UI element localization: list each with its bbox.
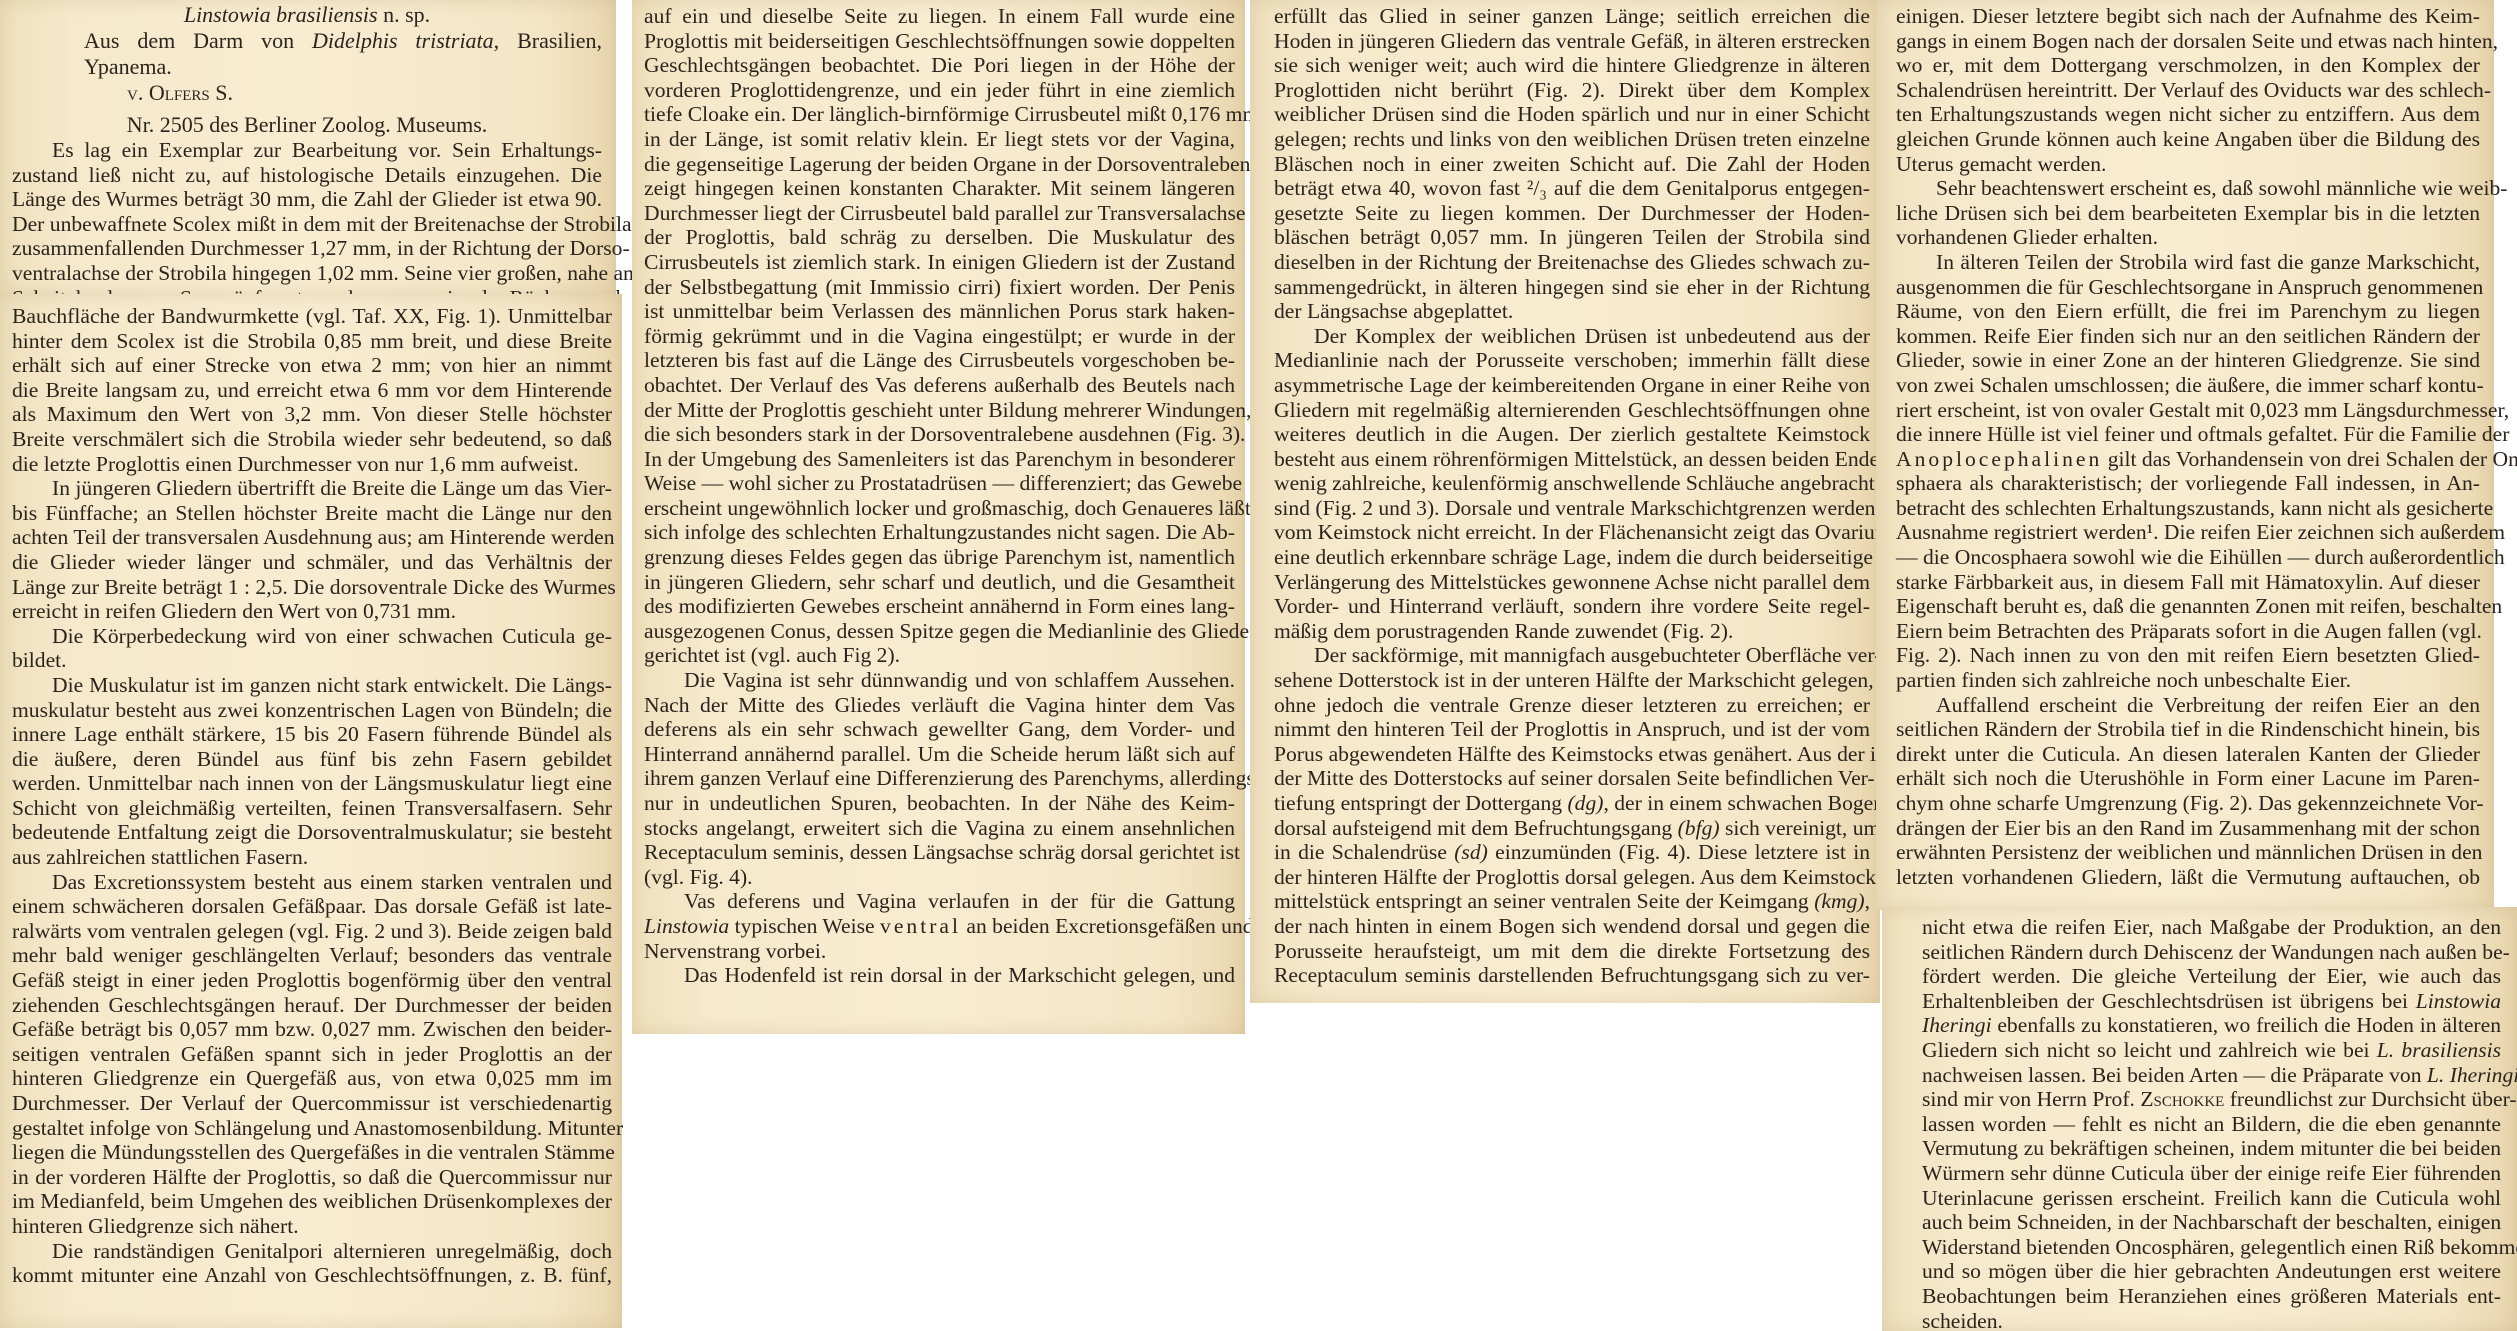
text-line: partien finden sich zahlreiche noch unbe… xyxy=(1896,668,2480,693)
text-line: Fig. 2). Nach innen zu von den mit reife… xyxy=(1896,643,2480,668)
text-line: In der Umgebung des Samenleiters ist das… xyxy=(644,447,1235,472)
page-fragment-col1-bottom: Bauchfläche der Bandwurmkette (vgl. Taf.… xyxy=(0,294,622,1328)
text-line: sammengedrückt, in älteren hingegen sind… xyxy=(1274,275,1870,300)
text-line: Der sackförmige, mit mannigfach ausgebuc… xyxy=(1274,643,1870,668)
text-line: förmig gekrümmt und in die Vagina einges… xyxy=(644,324,1235,349)
text-line: obachtet. Der Verlauf des Vas deferens a… xyxy=(644,373,1235,398)
text-line: Sehr beachtenswert erscheint es, daß sow… xyxy=(1896,176,2480,201)
text-line: sich infolge des schlechten Erhaltungzus… xyxy=(644,520,1235,545)
text-line: gelegen; rechts und links von den weibli… xyxy=(1274,127,1870,152)
text-line: Das Excretionssystem besteht aus einem s… xyxy=(12,870,612,895)
text-line: Die Vagina ist sehr dünnwandig und von s… xyxy=(644,668,1235,693)
text-line: besteht aus einem röhrenförmigen Mittels… xyxy=(1274,447,1870,472)
text-line: aus zahlreichen stattlichen Fasern. xyxy=(12,845,612,870)
text-line: innere Lage enthält stärkere, 15 bis 20 … xyxy=(12,722,612,747)
text-line: scheiden. xyxy=(1922,1309,2501,1331)
text-line: Anoplocephalinen gilt das Vorhandensein … xyxy=(1896,447,2480,472)
text-line: ihrem ganzen Verlauf eine Differenzierun… xyxy=(644,766,1235,791)
text-line: Die Körperbedeckung wird von einer schwa… xyxy=(12,624,612,649)
text-line: Eigenschaft beruht es, daß die genannten… xyxy=(1896,594,2480,619)
text-line: die Breite langsam zu, und erreicht etwa… xyxy=(12,378,612,403)
text-line: zusammenfallenden Durchmesser 1,27 mm, i… xyxy=(12,236,602,261)
species-suffix: n. sp. xyxy=(383,2,430,27)
text-line: dorsal aufsteigend mit dem Befruchtungsg… xyxy=(1274,816,1870,841)
text-line: erhält sich noch die Uterushöhle in Form… xyxy=(1896,766,2480,791)
text-line: mittelstück entspringt an seiner ventral… xyxy=(1274,889,1870,914)
text-line: Widerstand bietenden Oncosphären, gelege… xyxy=(1922,1235,2501,1260)
text-line: Der Komplex der weiblichen Drüsen ist un… xyxy=(1274,324,1870,349)
page-fragment-col4-top: einigen. Dieser letztere begibt sich nac… xyxy=(1876,0,2494,910)
text-line: und so mögen über die hier gebrachten An… xyxy=(1922,1259,2501,1284)
text-line: Receptaculum seminis, dessen Längsachse … xyxy=(644,840,1235,865)
text-line: Iheringi ebenfalls zu konstatieren, wo f… xyxy=(1922,1013,2501,1038)
text-line: Gefäße beträgt bis 0,057 mm bzw. 0,027 m… xyxy=(12,1017,612,1042)
text-line: mehr bald weniger geschlängelten Verlauf… xyxy=(12,943,612,968)
text-line: Auffallend erscheint die Verbreitung der… xyxy=(1896,693,2480,718)
text-line: nimmt den hinteren Teil der Proglottis i… xyxy=(1274,717,1870,742)
text-line: sehene Dotterstock ist in der unteren Hä… xyxy=(1274,668,1870,693)
text-line: ventralachse der Strobila hingegen 1,02 … xyxy=(12,261,602,286)
text-line: kommen. Reife Eier finden sich nur an de… xyxy=(1896,324,2480,349)
text-line: Bläschen noch in einer zweiten Schicht a… xyxy=(1274,152,1870,177)
text-line: betracht des schlechten Erhaltungszustan… xyxy=(1896,496,2480,521)
text-line: Gefäß steigt in einer jeden Proglottis b… xyxy=(12,968,612,993)
header-block: Linstowia brasiliensis n. sp. Aus dem Da… xyxy=(12,0,602,310)
text-line: erfüllt das Glied in seiner ganzen Länge… xyxy=(1274,4,1870,29)
text-line: stocks angelangt, erweitert sich die Vag… xyxy=(644,816,1235,841)
text-line: Breite verschmälert sich die Strobila wi… xyxy=(12,427,612,452)
text-line: auch beim Schneiden, in der Nachbarschaf… xyxy=(1922,1210,2501,1235)
text-line: der Mitte des Dotterstocks auf seiner do… xyxy=(1274,766,1870,791)
text-line: Cirrusbeutels ist ziemlich stark. In ein… xyxy=(644,250,1235,275)
text-line: Beobachtungen beim Heranziehen eines grö… xyxy=(1922,1284,2501,1309)
text-line: der Mitte der Proglottis geschieht unter… xyxy=(644,398,1235,423)
text-line: Eiern beim Betrachten des Präparats sofo… xyxy=(1896,619,2480,644)
text-line: bis Fünffache; an Stellen höchster Breit… xyxy=(12,501,612,526)
text-line: Hinterrand annähernd parallel. Um die Sc… xyxy=(644,742,1235,767)
text-line: der nach hinten in einem Bogen sich wend… xyxy=(1274,914,1870,939)
text-line: Vorder- und Hinterrand verläuft, sondern… xyxy=(1274,594,1870,619)
text-line: — die Oncosphaera sowohl wie die Eihülle… xyxy=(1896,545,2480,570)
text-line: Porusseite heraufsteigt, um mit dem die … xyxy=(1274,939,1870,964)
col4-top-text: einigen. Dieser letztere begibt sich nac… xyxy=(1896,4,2480,889)
text-line: wenig zahlreiche, keulenförmig anschwell… xyxy=(1274,471,1870,496)
text-line: Würmern sehr dünne Cuticula über der ein… xyxy=(1922,1161,2501,1186)
text-line: Die Muskulatur ist im ganzen nicht stark… xyxy=(12,673,612,698)
text-line: Nach der Mitte des Gliedes verläuft die … xyxy=(644,693,1235,718)
text-line: sind (Fig. 2 und 3). Dorsale und ventral… xyxy=(1274,496,1870,521)
text-line: Porus abgewendeten Hälfte des Keimstocks… xyxy=(1274,742,1870,767)
text-line: vom Keimstock nicht erreicht. In der Flä… xyxy=(1274,520,1870,545)
text-line: tiefung entspringt der Dottergang (dg), … xyxy=(1274,791,1870,816)
text-line: seitigen ventralen Gefäßen spannt sich i… xyxy=(12,1042,612,1067)
page-fragment-col3: erfüllt das Glied in seiner ganzen Länge… xyxy=(1250,0,1880,1003)
text-line: in der vorderen Hälfte der Proglottis, s… xyxy=(12,1165,612,1190)
text-line: Schicht von gleichmäßig verteilten, fein… xyxy=(12,796,612,821)
text-line: Die randständigen Genitalpori alterniere… xyxy=(12,1239,612,1264)
text-line: ausgenommen die für Geschlechtsorgane in… xyxy=(1896,275,2480,300)
text-line: dieselben in der Richtung der Breitenach… xyxy=(1274,250,1870,275)
text-line: drängen der Eier bis an den Rand im Zusa… xyxy=(1896,816,2480,841)
text-line: Räume, von den Eiern erfüllt, die frei i… xyxy=(1896,299,2480,324)
text-line: weiteres deutlich in die Augen. Der zier… xyxy=(1274,422,1870,447)
text-line: ralwärts vom ventralen gelegen (vgl. Fig… xyxy=(12,919,612,944)
text-line: kommt mitunter eine Anzahl von Geschlech… xyxy=(12,1263,612,1288)
text-line: einem schwächeren dorsalen Gefäßpaar. Da… xyxy=(12,894,612,919)
text-line: hinteren Gliedgrenze ein Quergefäß aus, … xyxy=(12,1066,612,1091)
text-line: gesetzte Seite zu liegen kommen. Der Dur… xyxy=(1274,201,1870,226)
page-fragment-col1-top: Linstowia brasiliensis n. sp. Aus dem Da… xyxy=(0,0,616,294)
collector-line: v. Olfers S. xyxy=(12,80,602,106)
text-line: starke Färbbarkeit aus, in diesem Fall m… xyxy=(1896,570,2480,595)
text-line: erscheint ungewöhnlich locker und großma… xyxy=(644,496,1235,521)
text-line: ist unmittelbar beim Verlassen des männl… xyxy=(644,299,1235,324)
text-line: Verlängerung des Mittelstückes gewonnene… xyxy=(1274,570,1870,595)
text-line: der Selbstbegattung (mit Immissio cirri)… xyxy=(644,275,1235,300)
text-line: letzten vorhandenen Gliedern, läßt die V… xyxy=(1896,865,2480,890)
text-line: von zwei Schalen umschlossen; die äußere… xyxy=(1896,373,2480,398)
text-line: Proglottis mit beiderseitigen Geschlecht… xyxy=(644,29,1235,54)
page-fragment-col4-bottom: nicht etwa die reifen Eier, nach Maßgabe… xyxy=(1882,907,2517,1331)
text-line: eine deutlich erkennbare schräge Lage, i… xyxy=(1274,545,1870,570)
text-line: die Glieder wieder länger und schmäler, … xyxy=(12,550,612,575)
text-line: sphaera als charakteristisch; der vorlie… xyxy=(1896,471,2480,496)
col2-text: auf ein und dieselbe Seite zu liegen. In… xyxy=(644,4,1235,988)
species-name: Linstowia brasiliensis xyxy=(184,2,378,27)
text-line: bläschen beträgt 0,057 mm. In jüngeren T… xyxy=(1274,225,1870,250)
page-fragment-col2: auf ein und dieselbe Seite zu liegen. In… xyxy=(632,0,1245,1034)
text-line: Linstowia typischen Weise ventral an bei… xyxy=(644,914,1235,939)
text-line: mäßig dem porustragenden Rande zuwendet … xyxy=(1274,619,1870,644)
text-line: Hoden in jüngeren Gliedern das ventrale … xyxy=(1274,29,1870,54)
text-line: Vas deferens und Vagina verlaufen in der… xyxy=(644,889,1235,914)
text-line: Weise — wohl sicher zu Prostatadrüsen — … xyxy=(644,471,1235,496)
text-line: im Medianfeld, beim Umgehen des weiblich… xyxy=(12,1189,612,1214)
text-line: ausgezogenen Conus, dessen Spitze gegen … xyxy=(644,619,1235,644)
text-line: erwähnten Persistenz der weiblichen und … xyxy=(1896,840,2480,865)
text-line: muskulatur besteht aus zwei konzentrisch… xyxy=(12,698,612,723)
text-line: einigen. Dieser letztere begibt sich nac… xyxy=(1896,4,2480,29)
text-line: Glieder, sowie in einer Zone an der hint… xyxy=(1896,348,2480,373)
text-line: In jüngeren Gliedern übertrifft die Brei… xyxy=(12,476,612,501)
text-line: seitlichen Rändern der Strobila tief in … xyxy=(1896,717,2480,742)
text-line: ten Erhaltungszustands wegen nicht siche… xyxy=(1896,102,2480,127)
text-line: in jüngeren Gliedern, sehr scharf und de… xyxy=(644,570,1235,595)
text-line: erreicht in reifen Gliedern den Wert von… xyxy=(12,599,612,624)
text-line: sie sich weniger weit; auch wird die hin… xyxy=(1274,53,1870,78)
text-line: tiefe Cloake ein. Der länglich-birnförmi… xyxy=(644,102,1235,127)
text-line: in die Schalendrüse (sd) einzumünden (Fi… xyxy=(1274,840,1870,865)
text-line: auf ein und dieselbe Seite zu liegen. In… xyxy=(644,4,1235,29)
text-line: zustand ließ nicht zu, auf histologische… xyxy=(12,163,602,188)
text-line: Schalendrüsen hereintritt. Der Verlauf d… xyxy=(1896,78,2480,103)
text-line: der hinteren Hälfte der Proglottis dorsa… xyxy=(1274,865,1870,890)
text-line: riert erscheint, ist von ovaler Gestalt … xyxy=(1896,398,2480,423)
text-line: Das Hodenfeld ist rein dorsal in der Mar… xyxy=(644,963,1235,988)
text-line: wo er, mit dem Dottergang verschmolzen, … xyxy=(1896,53,2480,78)
text-line: Vermutung zu bekräftigen scheinen, indem… xyxy=(1922,1136,2501,1161)
text-line: direkt unter die Cuticula. An diesen lat… xyxy=(1896,742,2480,767)
text-line: bedeutende Entfaltung zeigt die Dorsoven… xyxy=(12,820,612,845)
text-line: erhält sich auf einer Strecke von etwa 2… xyxy=(12,353,612,378)
col4-bottom-text: nicht etwa die reifen Eier, nach Maßgabe… xyxy=(1922,915,2501,1331)
text-line: hinter dem Scolex ist die Strobila 0,85 … xyxy=(12,329,612,354)
text-line: Uterus gemacht werden. xyxy=(1896,152,2480,177)
text-line: Es lag ein Exemplar zur Bearbeitung vor.… xyxy=(12,138,602,163)
text-line: liche Drüsen sich bei dem bearbeiteten E… xyxy=(1896,201,2480,226)
text-line: Gliedern sich nicht so leicht und zahlre… xyxy=(1922,1038,2501,1063)
text-line: fördert werden. Die gleiche Verteilung d… xyxy=(1922,964,2501,989)
text-line: die letzte Proglottis einen Durchmesser … xyxy=(12,452,612,477)
text-line: nachweisen lassen. Bei beiden Arten — di… xyxy=(1922,1063,2501,1088)
text-line: zeigt hingegen keinen konstanten Charakt… xyxy=(644,176,1235,201)
text-line: Uterinlacune gerissen erscheint. Freilic… xyxy=(1922,1186,2501,1211)
text-line: Durchmesser liegt der Cirrusbeutel bald … xyxy=(644,201,1235,226)
col3-text: erfüllt das Glied in seiner ganzen Länge… xyxy=(1274,4,1870,988)
text-line: gestaltet infolge von Schlängelung und A… xyxy=(12,1116,612,1141)
text-line: weiblicher Drüsen sind die Hoden spärlic… xyxy=(1274,102,1870,127)
text-line: Der unbewaffnete Scolex mißt in dem mit … xyxy=(12,212,602,237)
text-line: letzteren bis fast auf die Länge des Cir… xyxy=(644,348,1235,373)
text-line: der Proglottis, bald schräg zu derselben… xyxy=(644,225,1235,250)
text-line: in der Länge, ist somit relativ klein. E… xyxy=(644,127,1235,152)
text-line: nur in undeutlichen Spuren, beobachten. … xyxy=(644,791,1235,816)
text-line: Länge des Wurmes beträgt 30 mm, die Zahl… xyxy=(12,187,602,212)
text-line: Durchmesser. Der Verlauf der Quercommiss… xyxy=(12,1091,612,1116)
text-line: nicht etwa die reifen Eier, nach Maßgabe… xyxy=(1922,915,2501,940)
species-title: Linstowia brasiliensis n. sp. xyxy=(12,2,602,28)
text-line: (vgl. Fig. 4). xyxy=(644,865,1235,890)
text-line: die gegenseitige Lagerung der beiden Org… xyxy=(644,152,1235,177)
text-line: der Längsachse abgeplattet. xyxy=(1274,299,1870,324)
text-line: Länge zur Breite beträgt 1 : 2,5. Die do… xyxy=(12,575,612,600)
text-line: seitlichen Rändern durch Dehiscenz der W… xyxy=(1922,940,2501,965)
text-line: achten Teil der transversalen Ausdehnung… xyxy=(12,525,612,550)
text-line: Ausnahme registriert werden¹. Die reifen… xyxy=(1896,520,2480,545)
text-line: Geschlechtsgängen beobachtet. Die Pori l… xyxy=(644,53,1235,78)
text-line: sind mir von Herrn Prof. Zschokke freund… xyxy=(1922,1087,2501,1112)
text-line: grenzung dieses Feldes gegen das übrige … xyxy=(644,545,1235,570)
text-line: Medianlinie nach der Porusseite verschob… xyxy=(1274,348,1870,373)
text-line: werden. Unmittelbar nach innen von der L… xyxy=(12,771,612,796)
text-line: als Maximum den Wert von 3,2 mm. Von die… xyxy=(12,402,612,427)
text-line: lassen worden — fehlt es nicht an Bilder… xyxy=(1922,1112,2501,1137)
text-line: die innere Hülle ist viel feiner und oft… xyxy=(1896,422,2480,447)
text-line: Nervenstrang vorbei. xyxy=(644,939,1235,964)
text-line: chym ohne scharfe Umgrenzung (Fig. 2). D… xyxy=(1896,791,2480,816)
text-line: Erhaltenbleiben der Geschlechtsdrüsen is… xyxy=(1922,989,2501,1014)
text-line: deferens als ein sehr schwach gewellter … xyxy=(644,717,1235,742)
text-line: hinteren Gliedgrenze sich nähert. xyxy=(12,1214,612,1239)
text-line: gangs in einem Bogen nach der dorsalen S… xyxy=(1896,29,2480,54)
origin-line: Aus dem Darm von Didelphis tristriata, B… xyxy=(12,28,602,80)
text-line: gleichen Grunde können auch keine Angabe… xyxy=(1896,127,2480,152)
text-line: Bauchfläche der Bandwurmkette (vgl. Taf.… xyxy=(12,304,612,329)
text-line: bildet. xyxy=(12,648,612,673)
text-line: asymmetrische Lage der keimbereitenden O… xyxy=(1274,373,1870,398)
museum-line: Nr. 2505 des Berliner Zoolog. Museums. xyxy=(12,112,602,138)
text-line: gerichtet ist (vgl. auch Fig 2). xyxy=(644,643,1235,668)
text-line: des modifizierten Gewebes erscheint annä… xyxy=(644,594,1235,619)
text-line: liegen die Mündungsstellen des Quergefäß… xyxy=(12,1140,612,1165)
text-line: vorderen Proglottidengrenze, und ein jed… xyxy=(644,78,1235,103)
text-line: ohne jedoch die ventrale Grenze dieser l… xyxy=(1274,693,1870,718)
text-line: ziehenden Geschlechtsgängen herauf. Der … xyxy=(12,993,612,1018)
text-line: die äußere, deren Bündel aus fünf bis ze… xyxy=(12,747,612,772)
text-line: Receptaculum seminis darstellenden Befru… xyxy=(1274,963,1870,988)
text-line: Gliedern mit regelmäßig alternierenden G… xyxy=(1274,398,1870,423)
col1-bottom-text: Bauchfläche der Bandwurmkette (vgl. Taf.… xyxy=(12,294,612,1288)
text-line: vorhandenen Glieder erhalten. xyxy=(1896,225,2480,250)
text-line: In älteren Teilen der Strobila wird fast… xyxy=(1896,250,2480,275)
text-line: die sich besonders stark in der Dorsoven… xyxy=(644,422,1235,447)
text-line: beträgt etwa 40, wovon fast ²/₃ auf die … xyxy=(1274,176,1870,201)
text-line: Proglottiden nicht berührt (Fig. 2). Dir… xyxy=(1274,78,1870,103)
